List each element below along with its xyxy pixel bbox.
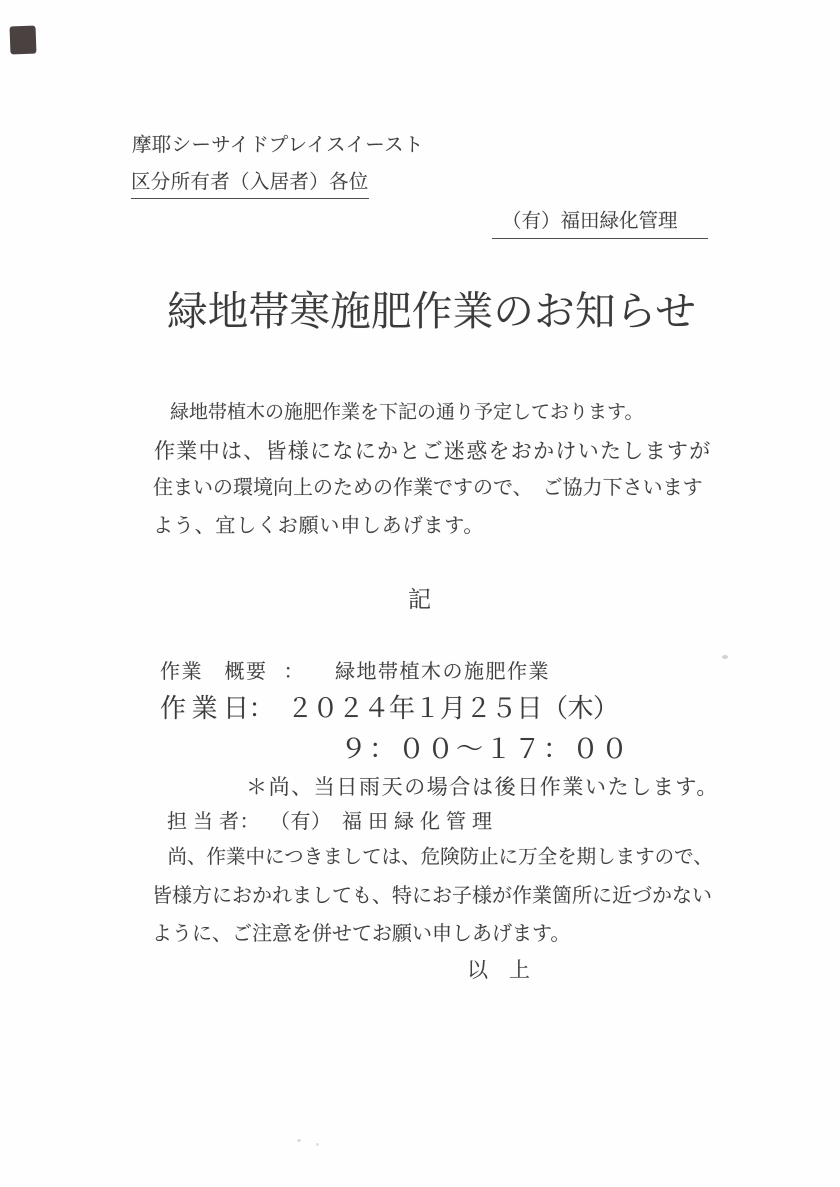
work-overview-line: 作業 概要：緑地帯植木の施肥作業 xyxy=(160,661,550,684)
scan-corner-artifact xyxy=(10,26,37,55)
staff-line: 担 当 者：（有） 福 田 緑 化 管 理 xyxy=(167,811,493,834)
rain-note-line: ＊尚、当日雨天の場合は後日作業いたします。 xyxy=(246,775,719,799)
closing-line: ように、ご注意を併せてお願い申しあげます。 xyxy=(152,923,570,946)
end-marker: 以 上 xyxy=(467,958,530,982)
work-date-value: ２０２４年１月２５日（木） xyxy=(287,694,619,723)
intro-line: 作業中は、皆様になにかとご迷惑をおかけいたしますが xyxy=(154,439,712,463)
work-date-label: 作 業 日 xyxy=(160,694,249,723)
work-overview-value: 緑地帯植木の施肥作業 xyxy=(335,661,550,683)
scanned-notice-page: 摩耶シーサイドプレイスイースト 区分所有者（入居者）各位 （有）福田緑化管理 緑… xyxy=(0,0,840,1187)
scan-speck xyxy=(316,1143,319,1146)
scan-speck xyxy=(297,1139,301,1142)
staff-label: 担 当 者 xyxy=(167,811,240,833)
building-name: 摩耶シーサイドプレイスイースト xyxy=(132,135,424,157)
work-date-line: 作 業 日：２０２４年１月２５日（木） xyxy=(160,694,619,724)
scan-speck xyxy=(722,655,728,659)
staff-colon: ： xyxy=(240,811,261,833)
staff-value: （有） 福 田 緑 化 管 理 xyxy=(280,811,493,833)
work-overview-colon: ： xyxy=(284,661,306,683)
notice-title: 緑地帯寒施肥作業のお知らせ xyxy=(167,289,696,336)
sender-company: （有）福田緑化管理 xyxy=(492,211,708,239)
intro-line: 住まいの環境向上のための作業ですので、 ご協力下さいます xyxy=(153,477,703,500)
closing-line: 尚、作業中につきましては、危険防止に万全を期しますので、 xyxy=(148,847,713,869)
work-date-colon: ： xyxy=(249,694,275,723)
intro-line: よう、宜しくお願い申しあげます。 xyxy=(153,515,484,538)
work-overview-label: 作業 概要 xyxy=(160,661,268,683)
closing-line: 皆様方におかれましても、特にお子様が作業箇所に近づかない xyxy=(152,885,712,908)
record-marker: 記 xyxy=(408,587,431,613)
work-time-line: ９：００～１７：００ xyxy=(340,734,630,765)
intro-line: 緑地帯植木の施肥作業を下記の通り予定しております。 xyxy=(151,402,643,424)
recipient-line: 区分所有者（入居者）各位 xyxy=(131,172,369,199)
